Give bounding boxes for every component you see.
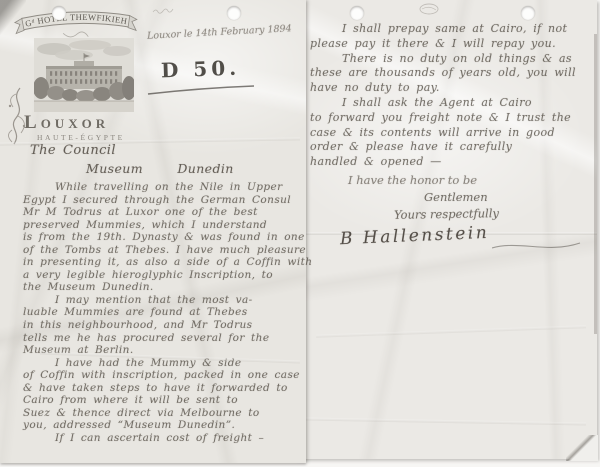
- handwritten-line: the Museum Dunedin.: [23, 281, 303, 294]
- handwritten-line: I shall ask the Agent at Cairo: [310, 96, 592, 111]
- paragraph: While travelling on the Nile in UpperEgy…: [23, 181, 303, 294]
- handwritten-line: tells me he has procured several for the: [23, 332, 303, 345]
- hotel-engraving-illustration: [34, 38, 134, 112]
- paper-crease: [316, 325, 586, 337]
- dateline: Louxor le 14th February 1894: [147, 23, 292, 42]
- signature: B Hallenstein: [340, 223, 490, 249]
- faint-scribble: [152, 6, 174, 16]
- paragraph: I shall ask the Agent at Cairoto forward…: [310, 96, 592, 170]
- folded-corner: [566, 435, 598, 461]
- handwritten-line: these are thousands of years old, you wi…: [310, 66, 592, 81]
- closing-valediction: Yours respectfully: [394, 206, 499, 222]
- closing-salutation: Gentlemen: [424, 190, 488, 204]
- handwritten-line: case & its contents will arrive in good: [310, 126, 592, 141]
- archival-mark: D 50.: [161, 56, 241, 83]
- paragraph: There is no duty on old things & asthese…: [310, 52, 592, 96]
- handwritten-line: in presenting it, as also a side of a Co…: [23, 256, 303, 269]
- handwritten-line: you, addressed “Museum Dunedin”.: [23, 419, 303, 432]
- letter-body-page2: I shall prepay same at Cairo, if notplea…: [310, 22, 592, 170]
- handwritten-line: is from the 19th. Dynasty & was found in…: [23, 231, 303, 244]
- handwritten-line: Mr M Todrus at Luxor one of the best: [23, 206, 303, 219]
- handwritten-line: There is no duty on old things & as: [310, 52, 592, 67]
- handwritten-line: in this neighbourhood, and Mr Todrus: [23, 319, 303, 332]
- letter-page-2: I shall prepay same at Cairo, if notplea…: [296, 0, 597, 459]
- punch-hole: [521, 6, 535, 20]
- handwritten-line: If I can ascertain cost of freight –: [23, 432, 303, 445]
- recipient-block: The Council Museum Dunedin: [30, 143, 234, 176]
- paragraph: I shall prepay same at Cairo, if notplea…: [310, 22, 592, 52]
- handwritten-line: While travelling on the Nile in Upper: [23, 181, 303, 194]
- signature-flourish: [492, 238, 582, 256]
- paper-crease: [306, 418, 586, 426]
- handwritten-line: order & please have it carefully: [310, 140, 592, 155]
- handwritten-line: Suez & thence direct via Melbourne to: [23, 407, 303, 420]
- paragraph: I have had the Mummy & sideof Coffin wit…: [23, 357, 303, 432]
- punch-hole: [350, 6, 364, 20]
- handwritten-line: of the Tombs at Thebes. I have much plea…: [23, 244, 303, 257]
- handwritten-line: preserved Mummies, which I understand: [23, 219, 303, 232]
- letter-page-1: Gᵈ HOTEL THEWFIKIEH: [0, 0, 306, 463]
- page-edge-shadow: [594, 34, 597, 334]
- handwritten-line: I shall prepay same at Cairo, if not: [310, 22, 592, 37]
- handwritten-line: please pay it there & I will repay you.: [310, 37, 592, 52]
- punch-hole: [227, 6, 241, 20]
- handwritten-line: a very legible hieroglyphic Inscription,…: [23, 269, 303, 282]
- paragraph: I may mention that the most va-luable Mu…: [23, 294, 303, 357]
- punch-hole: [52, 6, 66, 20]
- faint-scribble: [416, 2, 442, 16]
- handwritten-line: have no duty to pay.: [310, 81, 592, 96]
- handwritten-line: Egypt I secured through the German Consu…: [23, 194, 303, 207]
- closing-honor-line: I have the honor to be: [348, 173, 477, 187]
- handwritten-line: of Coffin with inscription, packed in on…: [23, 369, 303, 382]
- letter-body-page1: While travelling on the Nile in UpperEgy…: [23, 181, 303, 444]
- paragraph: If I can ascertain cost of freight –: [23, 432, 303, 445]
- recipient-line: Museum Dunedin: [86, 161, 234, 176]
- scanned-letter: Gᵈ HOTEL THEWFIKIEH: [0, 0, 600, 467]
- archival-mark-underline: [146, 84, 258, 96]
- handwritten-line: to forward you freight note & I trust th…: [310, 111, 592, 126]
- letterhead-location: LOUXOR: [24, 112, 109, 134]
- handwritten-line: I may mention that the most va-: [23, 294, 303, 307]
- handwritten-line: luable Mummies are found at Thebes: [23, 306, 303, 319]
- recipient-line: The Council: [30, 143, 234, 158]
- handwritten-line: & have taken steps to have it forwarded …: [23, 382, 303, 395]
- handwritten-line: handled & opened —: [310, 155, 592, 170]
- page-corner-shadow: [0, 0, 26, 42]
- handwritten-line: Cairo from where it will be sent to: [23, 394, 303, 407]
